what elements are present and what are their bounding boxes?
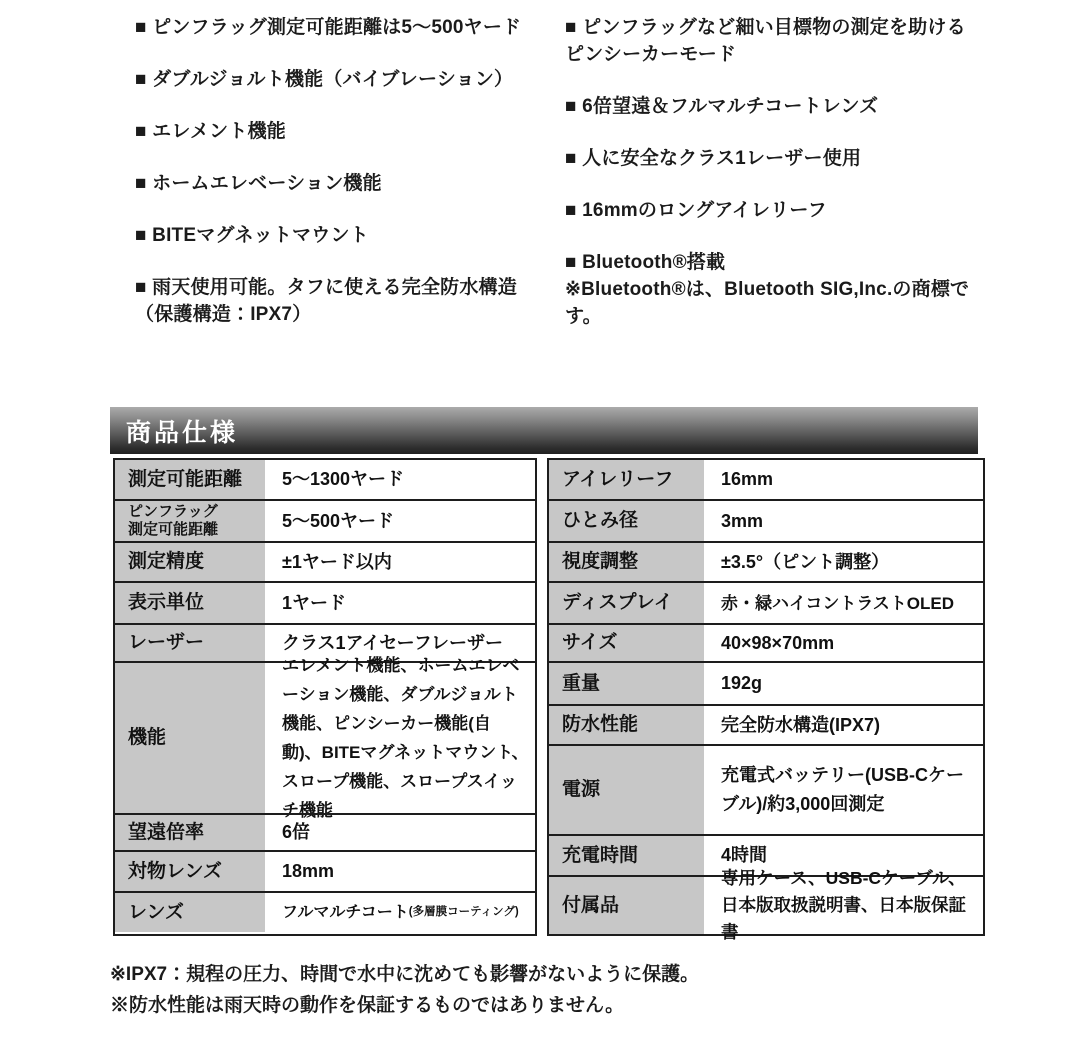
footnotes: ※IPX7：規程の圧力、時間で水中に沈めても影響がないように保護。※防水性能は雨… bbox=[110, 959, 699, 1021]
feature-item: ■ ピンフラッグなど細い目標物の測定を助ける ピンシーカーモード bbox=[565, 14, 995, 68]
spec-value: 40×98×70mm bbox=[704, 625, 983, 661]
spec-value-text: 完全防水構造(IPX7) bbox=[721, 713, 880, 738]
feature-item: ■ ホームエレベーション機能 bbox=[135, 170, 565, 197]
spec-row: 測定可能距離 5～1300ヤード bbox=[115, 460, 535, 499]
spec-value-text: 192g bbox=[721, 671, 762, 696]
spec-value: 赤・緑ハイコントラストOLED bbox=[704, 583, 983, 623]
spec-row: ひとみ径 3mm bbox=[549, 499, 983, 541]
spec-value-text: 赤・緑ハイコントラストOLED bbox=[721, 591, 954, 616]
spec-label: 重量 bbox=[549, 663, 704, 704]
spec-label: 対物レンズ bbox=[115, 852, 265, 891]
spec-label: ピンフラッグ 測定可能距離 bbox=[115, 501, 265, 541]
spec-label: 視度調整 bbox=[549, 543, 704, 581]
spec-value-small-text: (多層膜コーティング) bbox=[409, 900, 519, 925]
spec-value-text: ±3.5°（ピント調整） bbox=[721, 550, 889, 575]
spec-row: 視度調整 ±3.5°（ピント調整） bbox=[549, 541, 983, 581]
spec-value: 5～500ヤード bbox=[265, 501, 535, 541]
spec-label: サイズ bbox=[549, 625, 704, 661]
spec-tables: 測定可能距離 5～1300ヤード ピンフラッグ 測定可能距離 5～500ヤード … bbox=[113, 458, 985, 936]
spec-table-right: アイレリーフ 16mm ひとみ径 3mm 視度調整 ±3.5°（ピント調整） デ… bbox=[547, 458, 985, 936]
spec-value-text: 1ヤード bbox=[282, 591, 346, 616]
spec-value-text: 5～1300ヤード bbox=[282, 467, 404, 492]
spec-label: レンズ bbox=[115, 893, 265, 932]
spec-value: 充電式バッテリー(USB-Cケーブル)/約3,000回測定 bbox=[704, 746, 983, 834]
spec-row: 付属品 専用ケース、USB-Cケーブル、日本版取扱説明書、日本版保証書 bbox=[549, 875, 983, 934]
feature-item: ■ 人に安全なクラス1レーザー使用 bbox=[565, 145, 995, 172]
spec-label: 測定精度 bbox=[115, 543, 265, 581]
spec-section-header: 商品仕様 bbox=[110, 407, 978, 454]
footnote: ※防水性能は雨天時の動作を保証するものではありません。 bbox=[110, 990, 699, 1021]
spec-row: 対物レンズ 18mm bbox=[115, 850, 535, 891]
spec-row: レンズ フルマルチコート(多層膜コーティング) bbox=[115, 891, 535, 932]
spec-value: 完全防水構造(IPX7) bbox=[704, 706, 983, 744]
spec-table-left: 測定可能距離 5～1300ヤード ピンフラッグ 測定可能距離 5～500ヤード … bbox=[113, 458, 537, 936]
features-column-right: ■ ピンフラッグなど細い目標物の測定を助ける ピンシーカーモード■ 6倍望遠＆フ… bbox=[565, 14, 995, 355]
features-section: ■ ピンフラッグ測定可能距離は5～500ヤード■ ダブルジョルト機能（バイブレー… bbox=[135, 14, 995, 355]
spec-label: 測定可能距離 bbox=[115, 460, 265, 499]
feature-item: ■ 雨天使用可能。タフに使える完全防水構造 （保護構造：IPX7） bbox=[135, 274, 565, 328]
spec-value-text: 6倍 bbox=[282, 820, 310, 845]
spec-label: 望遠倍率 bbox=[115, 815, 265, 850]
spec-label: 防水性能 bbox=[549, 706, 704, 744]
spec-row: アイレリーフ 16mm bbox=[549, 460, 983, 499]
spec-label: ディスプレイ bbox=[549, 583, 704, 623]
spec-value: 16mm bbox=[704, 460, 983, 499]
feature-item: ■ 6倍望遠＆フルマルチコートレンズ bbox=[565, 93, 995, 120]
spec-row: ピンフラッグ 測定可能距離 5～500ヤード bbox=[115, 499, 535, 541]
feature-item: ■ ピンフラッグ測定可能距離は5～500ヤード bbox=[135, 14, 565, 41]
spec-row: 重量 192g bbox=[549, 661, 983, 704]
feature-item: ■ エレメント機能 bbox=[135, 118, 565, 145]
spec-value: 18mm bbox=[265, 852, 535, 891]
spec-label: レーザー bbox=[115, 625, 265, 661]
spec-row: 電源 充電式バッテリー(USB-Cケーブル)/約3,000回測定 bbox=[549, 744, 983, 834]
spec-label: 表示単位 bbox=[115, 583, 265, 623]
feature-item: ■ ダブルジョルト機能（バイブレーション） bbox=[135, 66, 565, 93]
features-column-left: ■ ピンフラッグ測定可能距離は5～500ヤード■ ダブルジョルト機能（バイブレー… bbox=[135, 14, 565, 355]
spec-value: 1ヤード bbox=[265, 583, 535, 623]
footnote: ※IPX7：規程の圧力、時間で水中に沈めても影響がないように保護。 bbox=[110, 959, 699, 990]
spec-label: 電源 bbox=[549, 746, 704, 834]
spec-value-text: フルマルチコート bbox=[282, 900, 409, 925]
spec-value: 5～1300ヤード bbox=[265, 460, 535, 499]
spec-value-text: 16mm bbox=[721, 467, 773, 492]
spec-row: 望遠倍率 6倍 bbox=[115, 813, 535, 850]
spec-value: 192g bbox=[704, 663, 983, 704]
feature-item: ■ BITEマグネットマウント bbox=[135, 222, 565, 249]
spec-section-title: 商品仕様 bbox=[110, 413, 238, 449]
spec-label: ひとみ径 bbox=[549, 501, 704, 541]
spec-value: 専用ケース、USB-Cケーブル、日本版取扱説明書、日本版保証書 bbox=[704, 877, 983, 934]
product-spec-page: ■ ピンフラッグ測定可能距離は5～500ヤード■ ダブルジョルト機能（バイブレー… bbox=[0, 0, 1080, 1040]
spec-label: 機能 bbox=[115, 663, 265, 813]
spec-row: 表示単位 1ヤード bbox=[115, 581, 535, 623]
spec-row: 機能 エレメント機能、ホームエレベーション機能、ダブルジョルト機能、ピンシーカー… bbox=[115, 661, 535, 813]
spec-row: サイズ 40×98×70mm bbox=[549, 623, 983, 661]
spec-row: 測定精度 ±1ヤード以内 bbox=[115, 541, 535, 581]
spec-value-text: 5～500ヤード bbox=[282, 509, 394, 534]
feature-item: ■ Bluetooth®搭載 ※Bluetooth®は、Bluetooth SI… bbox=[565, 249, 995, 330]
spec-value: フルマルチコート(多層膜コーティング) bbox=[265, 893, 535, 932]
spec-value-text: 専用ケース、USB-Cケーブル、日本版取扱説明書、日本版保証書 bbox=[721, 865, 977, 946]
spec-row: 防水性能 完全防水構造(IPX7) bbox=[549, 704, 983, 744]
spec-value: ±1ヤード以内 bbox=[265, 543, 535, 581]
spec-value-text: 40×98×70mm bbox=[721, 631, 834, 656]
spec-row: ディスプレイ 赤・緑ハイコントラストOLED bbox=[549, 581, 983, 623]
spec-value-text: 充電式バッテリー(USB-Cケーブル)/約3,000回測定 bbox=[721, 761, 977, 819]
spec-value-text: 3mm bbox=[721, 509, 763, 534]
feature-item: ■ 16mmのロングアイレリーフ bbox=[565, 197, 995, 224]
spec-value: エレメント機能、ホームエレベーション機能、ダブルジョルト機能、ピンシーカー機能(… bbox=[265, 663, 535, 813]
spec-label: アイレリーフ bbox=[549, 460, 704, 499]
spec-label: 付属品 bbox=[549, 877, 704, 934]
spec-value: 6倍 bbox=[265, 815, 535, 850]
spec-value: ±3.5°（ピント調整） bbox=[704, 543, 983, 581]
spec-value-text: エレメント機能、ホームエレベーション機能、ダブルジョルト機能、ピンシーカー機能(… bbox=[282, 651, 529, 825]
spec-value-text: 18mm bbox=[282, 859, 334, 884]
spec-label: 充電時間 bbox=[549, 836, 704, 875]
spec-value-text: ±1ヤード以内 bbox=[282, 550, 392, 575]
spec-value: 3mm bbox=[704, 501, 983, 541]
